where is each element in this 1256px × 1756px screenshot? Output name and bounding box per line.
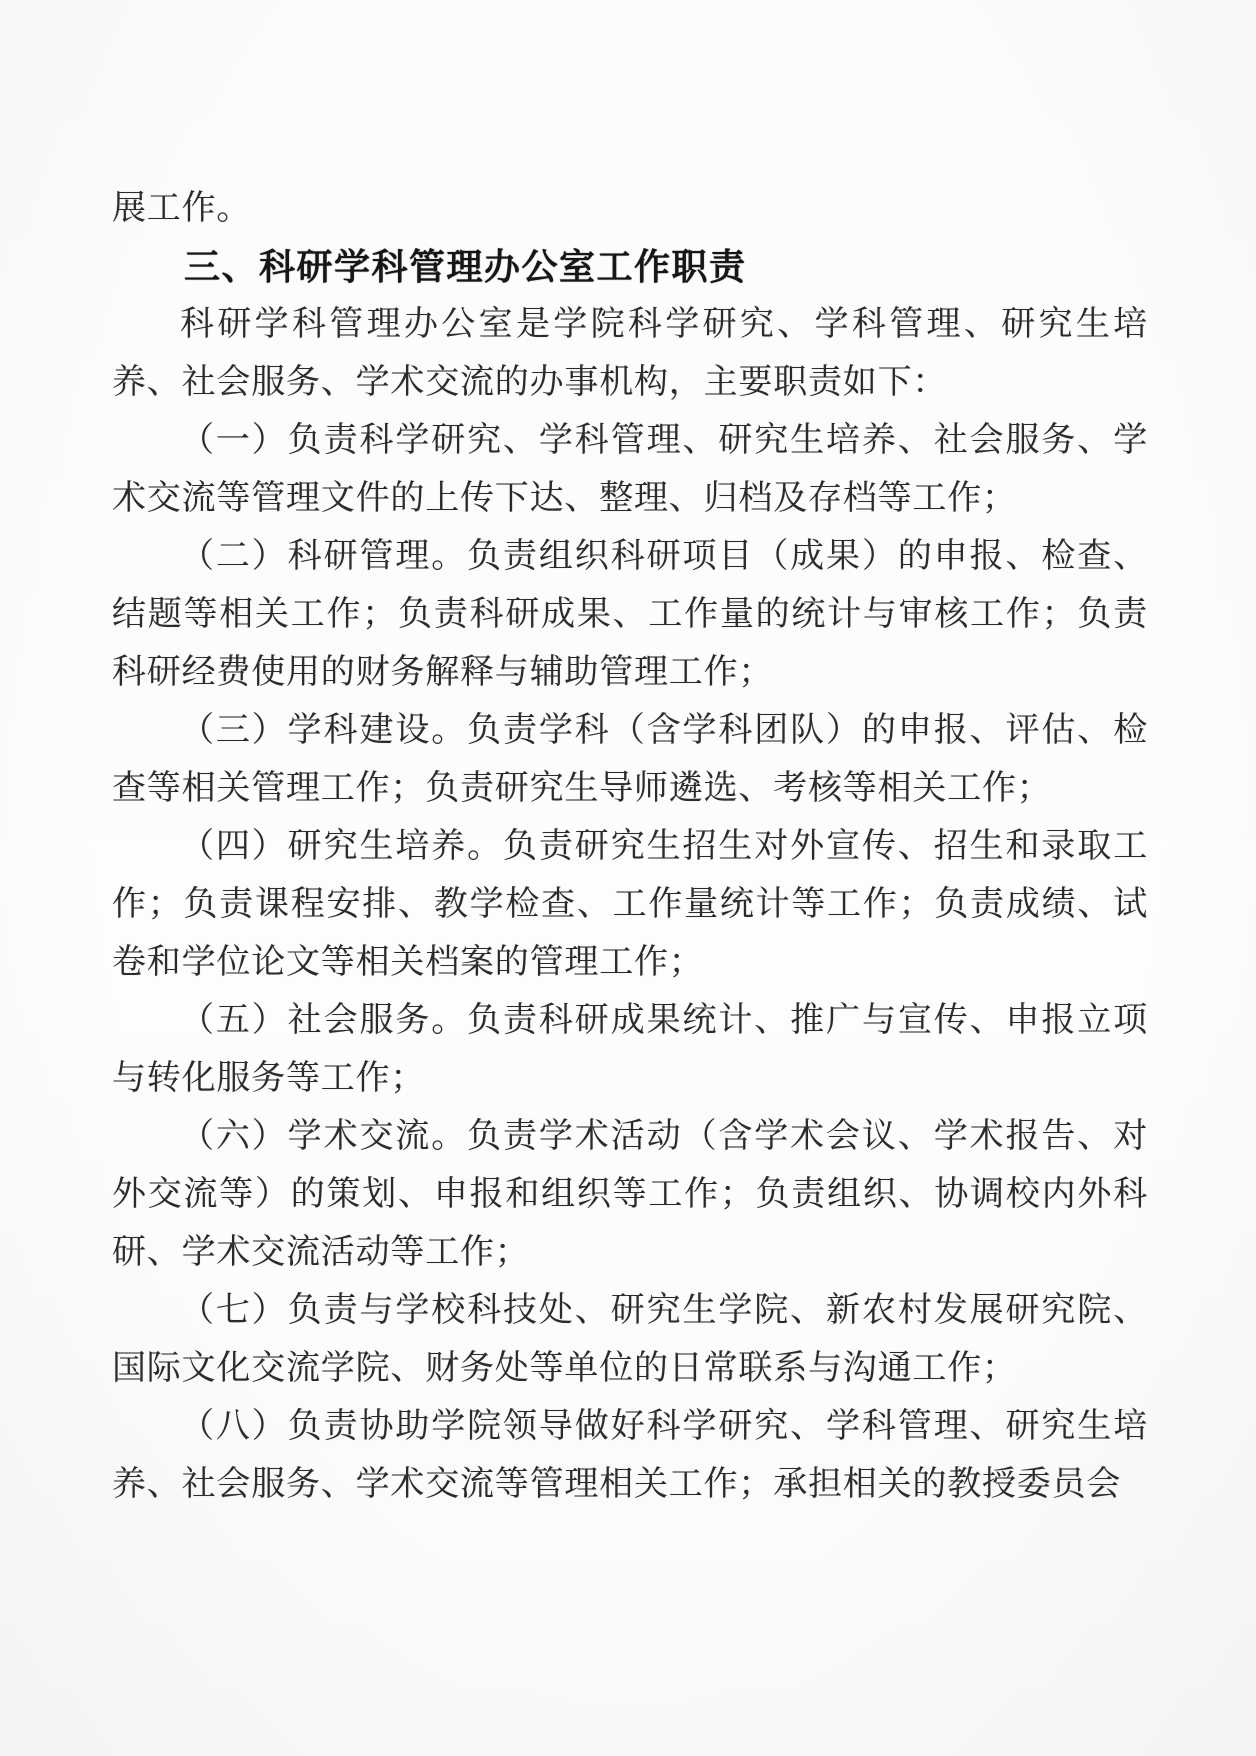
list-item-4: （四）研究生培养。负责研究生招生对外宣传、招生和录取工作；负责课程安排、教学检查…: [112, 818, 1148, 992]
list-item-8: （八）负责协助学院领导做好科学研究、学科管理、研究生培养、社会服务、学术交流等管…: [112, 1398, 1148, 1514]
list-item-1: （一）负责科学研究、学科管理、研究生培养、社会服务、学术交流等管理文件的上传下达…: [112, 412, 1148, 528]
paragraph-continuation: 展工作。: [112, 180, 1148, 238]
list-item-6: （六）学术交流。负责学术活动（含学术会议、学术报告、对外交流等）的策划、申报和组…: [112, 1108, 1148, 1282]
list-item-2: （二）科研管理。负责组织科研项目（成果）的申报、检查、结题等相关工作；负责科研成…: [112, 528, 1148, 702]
intro-paragraph: 科研学科管理办公室是学院科学研究、学科管理、研究生培养、社会服务、学术交流的办事…: [112, 296, 1148, 412]
list-item-5: （五）社会服务。负责科研成果统计、推广与宣传、申报立项与转化服务等工作；: [112, 992, 1148, 1108]
document-page: 展工作。 三、科研学科管理办公室工作职责 科研学科管理办公室是学院科学研究、学科…: [0, 0, 1256, 1756]
section-heading: 三、科研学科管理办公室工作职责: [112, 238, 1148, 296]
list-item-3: （三）学科建设。负责学科（含学科团队）的申报、评估、检查等相关管理工作；负责研究…: [112, 702, 1148, 818]
document-text-block: 展工作。 三、科研学科管理办公室工作职责 科研学科管理办公室是学院科学研究、学科…: [112, 180, 1148, 1514]
list-item-7: （七）负责与学校科技处、研究生学院、新农村发展研究院、国际文化交流学院、财务处等…: [112, 1282, 1148, 1398]
